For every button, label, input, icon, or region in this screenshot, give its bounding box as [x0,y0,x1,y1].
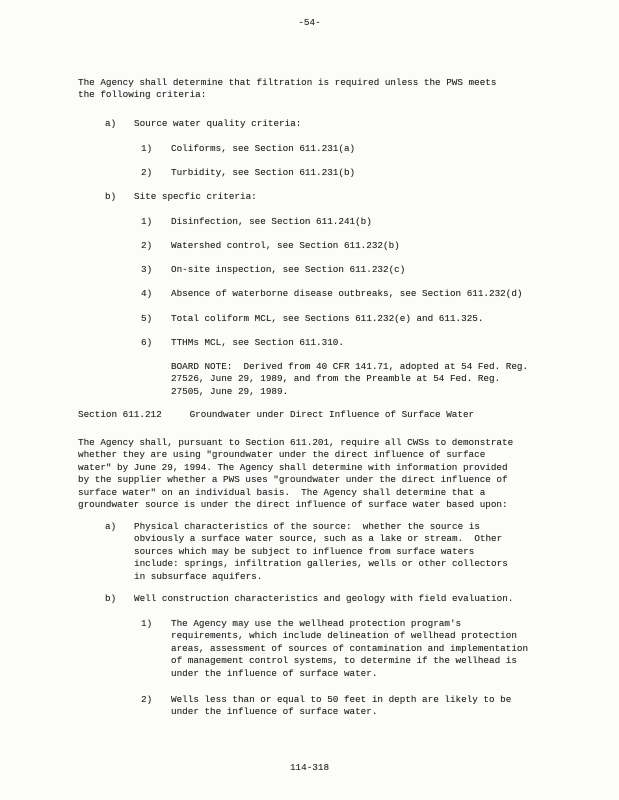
page-footer: 114-318 [0,762,619,774]
section-heading: Section 611.212 Groundwater under Direct… [78,409,474,421]
list-item-text: Well construction characteristics and ge… [134,593,513,605]
list-item-marker: 1) [141,143,152,155]
list-item-marker: 5) [141,313,152,325]
list-item-text: On-site inspection, see Section 611.232(… [171,264,405,276]
list-item-text: TTHMs MCL, see Section 611.310. [171,337,344,349]
document-page: -54- The Agency shall determine that fil… [0,0,619,800]
list-item-marker: 1) [141,216,152,228]
list-item-marker: 6) [141,337,152,349]
list-item-marker: 4) [141,288,152,300]
list-item-text: The Agency may use the wellhead protecti… [171,618,528,680]
list-item-marker: 2) [141,240,152,252]
list-item-marker: b) [105,593,116,605]
list-item-marker: 1) [141,618,152,630]
filtration-intro-paragraph: The Agency shall determine that filtrati… [78,77,496,102]
list-item-text: Source water quality criteria: [134,118,301,130]
list-item-text: Disinfection, see Section 611.241(b) [171,216,372,228]
list-item-text: Watershed control, see Section 611.232(b… [171,240,400,252]
list-item-marker: 3) [141,264,152,276]
list-item-marker: 2) [141,167,152,179]
list-item-marker: a) [105,118,116,130]
board-note: BOARD NOTE: Derived from 40 CFR 141.71, … [171,361,528,398]
list-item-marker: 2) [141,694,152,706]
list-item-text: Site specfic criteria: [134,191,257,203]
list-item-text: Total coliform MCL, see Sections 611.232… [171,313,483,325]
section-intro-paragraph: The Agency shall, pursuant to Section 61… [78,437,513,511]
list-item-text: Turbidity, see Section 611.231(b) [171,167,355,179]
list-item-marker: b) [105,191,116,203]
list-item-text: Coliforms, see Section 611.231(a) [171,143,355,155]
list-item-text: Physical characteristics of the source: … [134,521,508,583]
list-item-text: Absence of waterborne disease outbreaks,… [171,288,522,300]
list-item-text: Wells less than or equal to 50 feet in d… [171,694,511,719]
list-item-marker: a) [105,521,116,533]
page-number: -54- [0,17,619,29]
